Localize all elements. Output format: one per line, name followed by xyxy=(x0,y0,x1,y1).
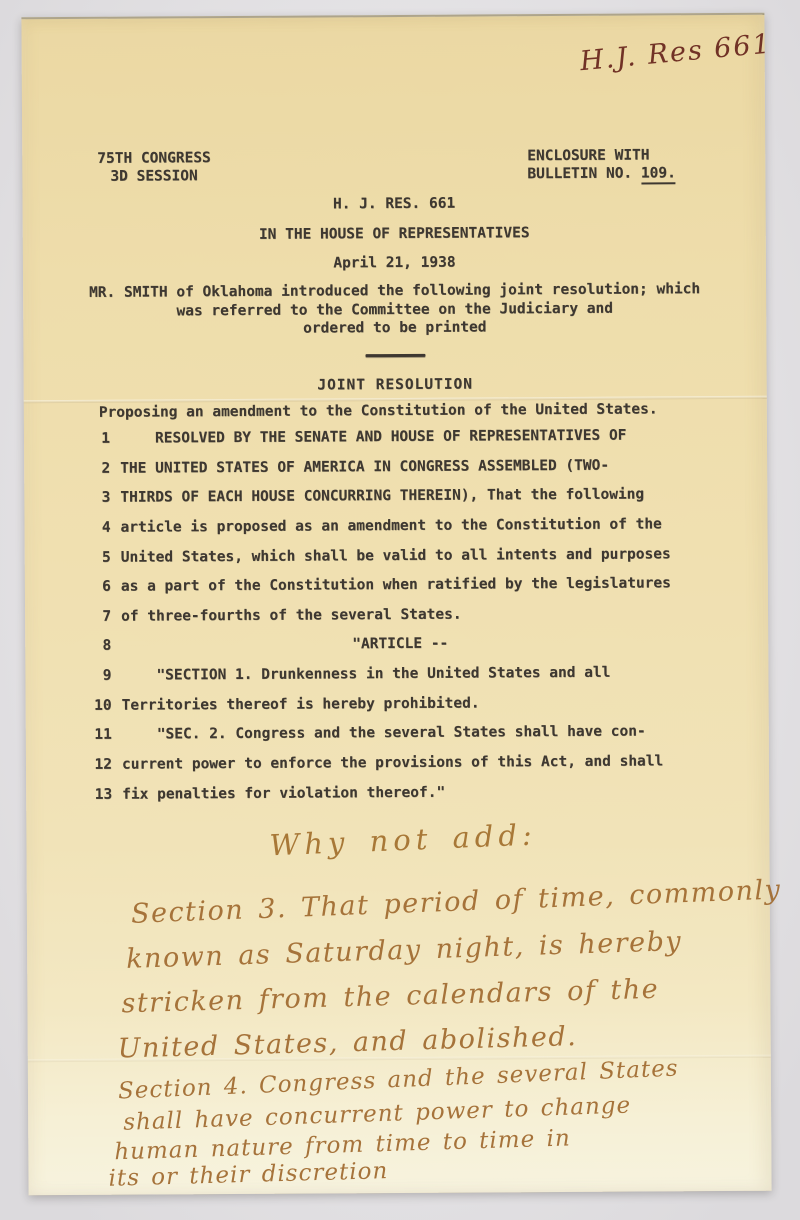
resolution-preamble: Proposing an amendment to the Constituti… xyxy=(99,401,658,420)
resolution-line: 11 "SEC. 2. Congress and the several Sta… xyxy=(71,723,731,757)
resolution-line: 5 United States, which shall be valid to… xyxy=(70,546,730,580)
line-text: article is proposed as an amendment to t… xyxy=(120,516,661,535)
enclosure-header: ENCLOSURE WITH BULLETIN NO. 109. xyxy=(527,147,676,183)
line-number: 9 xyxy=(70,668,111,684)
handwritten-docket-number: H.J. Res 661 xyxy=(579,28,773,77)
enclosure-line1: ENCLOSURE WITH xyxy=(527,147,676,165)
resolution-line: 9 "SECTION 1. Drunkenness in the United … xyxy=(70,664,730,698)
document-page: H.J. Res 661 75TH CONGRESS 3D SESSION EN… xyxy=(21,13,771,1196)
resolution-number-title: H. J. RES. 661 xyxy=(23,194,766,215)
line-number: 13 xyxy=(71,786,112,802)
line-number: 6 xyxy=(70,579,111,595)
line-number: 10 xyxy=(71,698,112,714)
congress-session-header: 75TH CONGRESS 3D SESSION xyxy=(97,150,211,186)
line-text: "SEC. 2. Congress and the several States… xyxy=(157,724,646,743)
line-text: "ARTICLE -- xyxy=(111,634,730,654)
introduction-line3: ordered to be printed xyxy=(23,317,766,340)
line-number: 2 xyxy=(69,460,110,476)
line-number: 12 xyxy=(71,757,112,773)
line-text: THIRDS OF EACH HOUSE CONCURRING THEREIN)… xyxy=(120,487,644,506)
chamber-title: IN THE HOUSE OF REPRESENTATIVES xyxy=(23,224,766,245)
line-text: of three-fourths of the several States. xyxy=(121,606,462,624)
resolution-line: 7 of three-fourths of the several States… xyxy=(70,605,730,639)
section-divider-rule xyxy=(365,354,425,357)
line-text: as a part of the Constitution when ratif… xyxy=(121,576,671,595)
resolution-line: 3 THIRDS OF EACH HOUSE CONCURRING THEREI… xyxy=(69,486,729,520)
line-text: United States, which shall be valid to a… xyxy=(121,546,671,565)
handwritten-section3-line: stricken from the calendars of the xyxy=(121,974,659,1020)
bulletin-prefix: BULLETIN NO. xyxy=(527,165,641,182)
resolution-line-article: 8 "ARTICLE -- xyxy=(70,634,730,668)
line-number: 7 xyxy=(70,609,111,625)
congress-label: 75TH CONGRESS xyxy=(97,150,211,168)
line-text: Territories thereof is hereby prohibited… xyxy=(122,695,480,713)
handwritten-section3-line: known as Saturday night, is hereby xyxy=(126,926,683,975)
resolution-line: 12 current power to enforce the provisio… xyxy=(71,753,731,787)
line-text: fix penalties for violation thereof." xyxy=(122,784,445,802)
introduction-paragraph: MR. SMITH of Oklahoma introduced the fol… xyxy=(23,280,766,340)
handwritten-section3-line: United States, and abolished. xyxy=(117,1021,577,1064)
line-text: RESOLVED BY THE SENATE AND HOUSE OF REPR… xyxy=(155,428,626,447)
joint-resolution-heading: JOINT RESOLUTION xyxy=(24,375,767,396)
session-label: 3D SESSION xyxy=(97,168,211,186)
handwritten-prompt: Why not add: xyxy=(269,817,537,862)
resolution-date: April 21, 1938 xyxy=(23,253,766,274)
line-text: THE UNITED STATES OF AMERICA IN CONGRESS… xyxy=(120,457,609,476)
bulletin-number: 109. xyxy=(641,165,676,184)
resolution-line: 10 Territories thereof is hereby prohibi… xyxy=(71,694,731,728)
handwritten-section3-line: Section 3. That period of time, commonly xyxy=(130,874,781,929)
resolution-body: 1 RESOLVED BY THE SENATE AND HOUSE OF RE… xyxy=(69,427,731,816)
line-number: 1 xyxy=(69,431,110,447)
enclosure-line2: BULLETIN NO. 109. xyxy=(527,165,676,183)
line-number: 5 xyxy=(70,549,111,565)
line-number: 8 xyxy=(70,638,111,654)
resolution-line: 2 THE UNITED STATES OF AMERICA IN CONGRE… xyxy=(69,457,729,491)
line-text: current power to enforce the provisions … xyxy=(122,753,663,772)
line-text: "SECTION 1. Drunkenness in the United St… xyxy=(156,665,610,684)
resolution-line: 1 RESOLVED BY THE SENATE AND HOUSE OF RE… xyxy=(69,427,729,461)
line-number: 4 xyxy=(69,520,110,536)
line-number: 11 xyxy=(71,727,112,743)
resolution-line: 6 as a part of the Constitution when rat… xyxy=(70,575,730,609)
line-number: 3 xyxy=(69,490,110,506)
resolution-line: 4 article is proposed as an amendment to… xyxy=(69,516,729,550)
resolution-line: 13 fix penalties for violation thereof." xyxy=(71,783,731,817)
